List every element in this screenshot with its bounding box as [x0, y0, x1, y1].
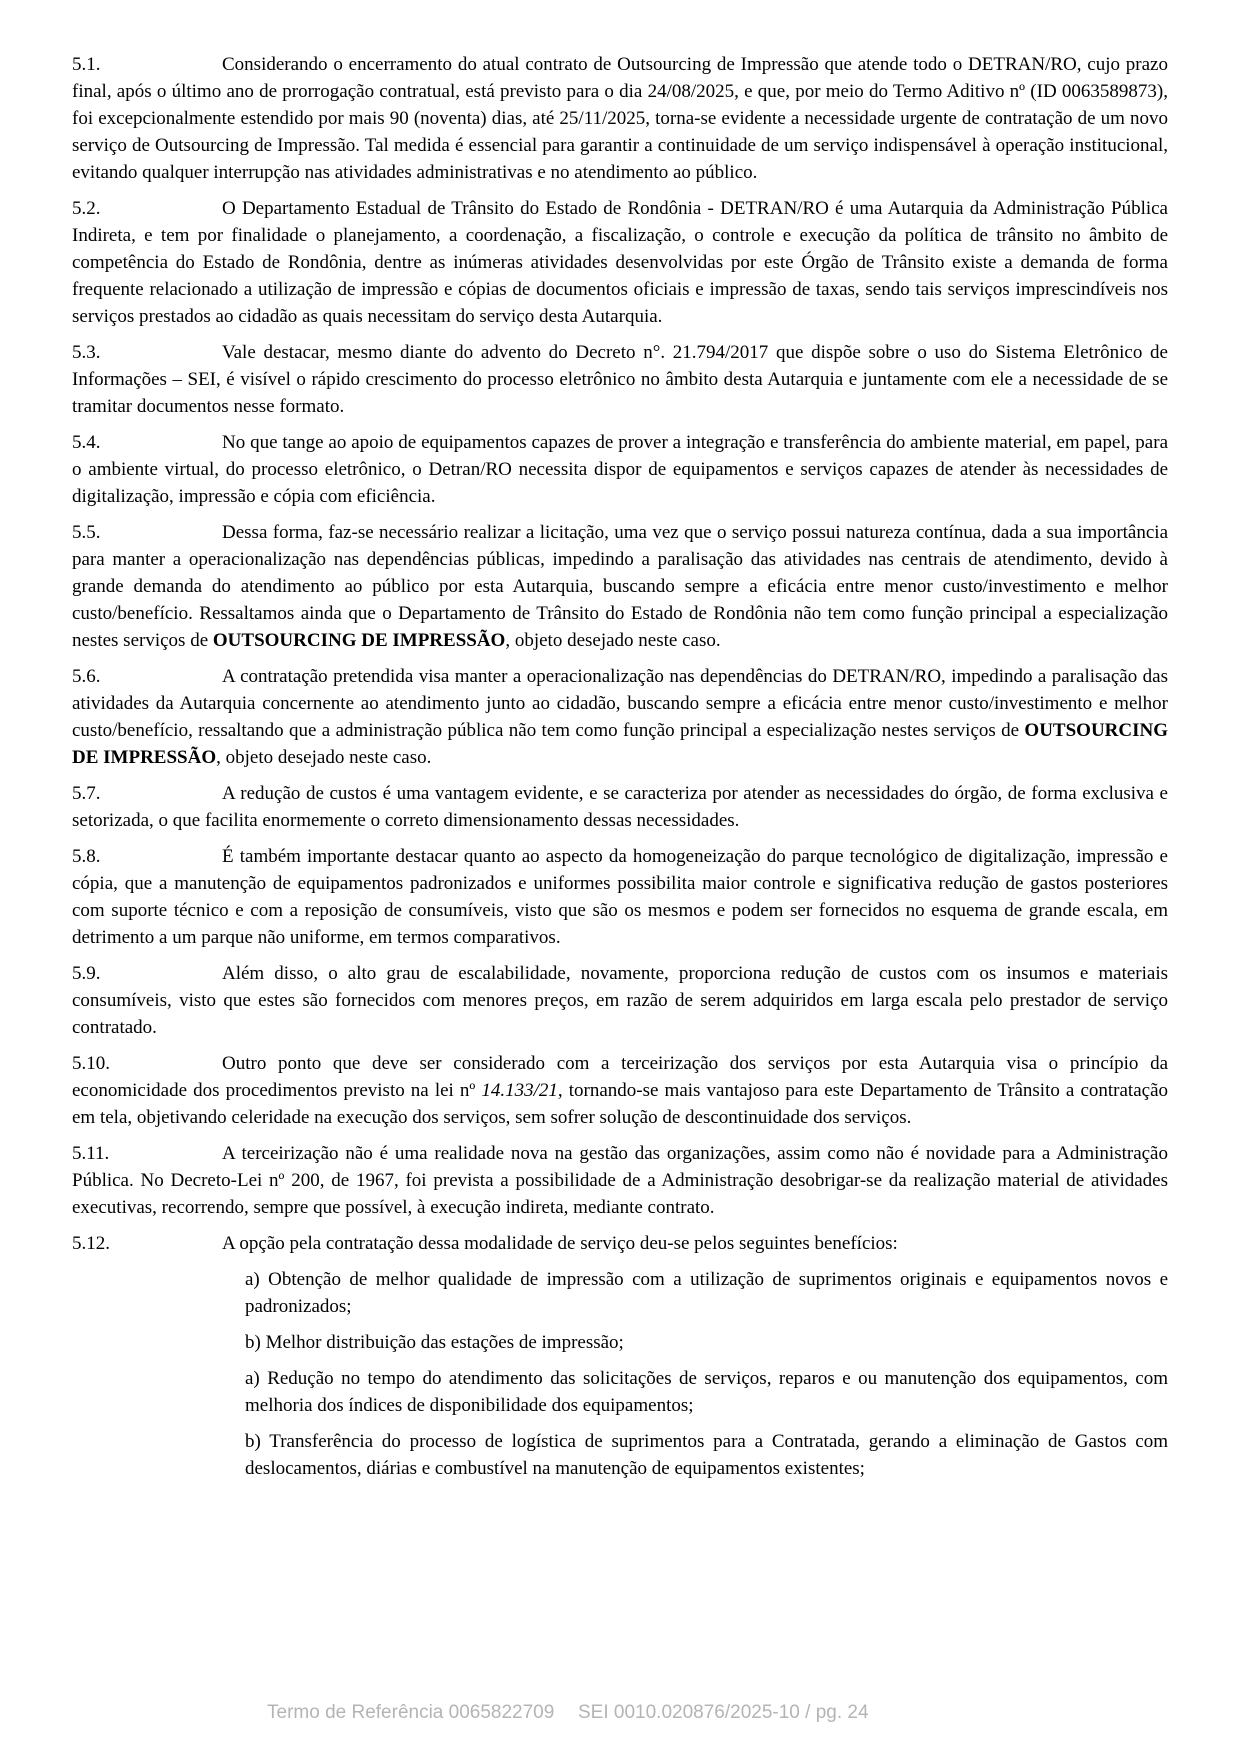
paragraph-5-9: 5.9.Além disso, o alto grau de escalabil…	[72, 960, 1168, 1041]
list-item: b) Transferência do processo de logístic…	[245, 1428, 1168, 1482]
paragraph-number: 5.1.	[72, 51, 222, 78]
paragraph-5-6: 5.6.A contratação pretendida visa manter…	[72, 663, 1168, 771]
paragraph-5-10: 5.10.Outro ponto que deve ser considerad…	[72, 1050, 1168, 1131]
paragraph-number: 5.3.	[72, 339, 222, 366]
paragraph-5-11: 5.11.A terceirização não é uma realidade…	[72, 1140, 1168, 1221]
paragraph-number: 5.4.	[72, 429, 222, 456]
paragraph-number: 5.12.	[72, 1230, 222, 1257]
paragraph-text: b) Melhor distribuição das estações de i…	[245, 1332, 624, 1353]
paragraph-5-12: 5.12.A opção pela contratação dessa moda…	[72, 1230, 1168, 1257]
paragraph-5-8: 5.8.É também importante destacar quanto …	[72, 843, 1168, 951]
paragraph-text: Vale destacar, mesmo diante do advento d…	[72, 342, 1168, 417]
paragraph-text: No que tange ao apoio de equipamentos ca…	[72, 432, 1168, 507]
page-footer: Termo de Referência 0065822709 SEI 0010.…	[0, 1702, 1240, 1728]
paragraph-text: OUTSOURCING DE IMPRESSÃO	[213, 630, 505, 651]
paragraph-number: 5.7.	[72, 780, 222, 807]
paragraph-number: 5.9.	[72, 960, 222, 987]
list-item: b) Melhor distribuição das estações de i…	[245, 1329, 1168, 1356]
paragraph-number: 5.5.	[72, 519, 222, 546]
paragraph-5-4: 5.4.No que tange ao apoio de equipamento…	[72, 429, 1168, 510]
paragraph-text: a) Redução no tempo do atendimento das s…	[245, 1368, 1168, 1416]
paragraph-text: a) Obtenção de melhor qualidade de impre…	[245, 1269, 1168, 1317]
paragraph-text: É também importante destacar quanto ao a…	[72, 846, 1168, 948]
paragraph-text: A contratação pretendida visa manter a o…	[72, 666, 1168, 741]
list-item: a) Redução no tempo do atendimento das s…	[245, 1365, 1168, 1419]
paragraph-text: , objeto desejado neste caso.	[216, 747, 431, 768]
paragraph-text: b) Transferência do processo de logístic…	[245, 1431, 1168, 1479]
paragraph-number: 5.2.	[72, 195, 222, 222]
paragraph-5-7: 5.7.A redução de custos é uma vantagem e…	[72, 780, 1168, 834]
paragraph-5-1: 5.1.Considerando o encerramento do atual…	[72, 51, 1168, 186]
footer-document-label: Termo de Referência 0065822709	[267, 1702, 554, 1724]
paragraph-number: 5.8.	[72, 843, 222, 870]
paragraph-text: Além disso, o alto grau de escalabilidad…	[72, 963, 1168, 1038]
paragraph-text: , objeto desejado neste caso.	[505, 630, 720, 651]
paragraph-text: Considerando o encerramento do atual con…	[72, 54, 1168, 183]
paragraph-text: 14.133/21	[481, 1080, 558, 1101]
list-item: a) Obtenção de melhor qualidade de impre…	[245, 1266, 1168, 1320]
footer-sei-page-number: SEI 0010.020876/2025-10 / pg. 24	[578, 1702, 869, 1724]
paragraph-text: A opção pela contratação dessa modalidad…	[222, 1233, 898, 1254]
paragraph-5-2: 5.2.O Departamento Estadual de Trânsito …	[72, 195, 1168, 330]
paragraph-text: A terceirização não é uma realidade nova…	[72, 1143, 1168, 1218]
paragraph-number: 5.10.	[72, 1050, 222, 1077]
document-body: 5.1.Considerando o encerramento do atual…	[72, 51, 1168, 1491]
paragraph-number: 5.11.	[72, 1140, 222, 1167]
paragraph-text: O Departamento Estadual de Trânsito do E…	[72, 198, 1168, 327]
document-page: 5.1.Considerando o encerramento do atual…	[0, 0, 1240, 1755]
paragraph-text: A redução de custos é uma vantagem evide…	[72, 783, 1168, 831]
paragraph-5-3: 5.3.Vale destacar, mesmo diante do adven…	[72, 339, 1168, 420]
paragraph-5-5: 5.5.Dessa forma, faz-se necessário reali…	[72, 519, 1168, 654]
paragraph-number: 5.6.	[72, 663, 222, 690]
